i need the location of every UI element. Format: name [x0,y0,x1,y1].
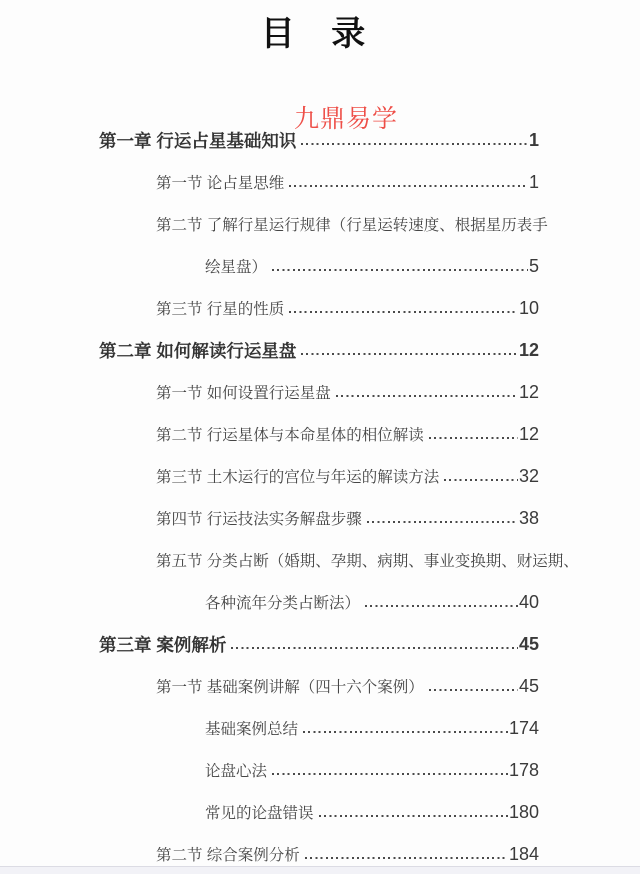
watermark-text: 九鼎易学 [294,99,398,135]
dotted-leader [303,731,508,733]
toc-entry-label: 各种流年分类占断法） [205,591,360,613]
toc-entry-page: 12 [519,340,539,361]
page-title: 目 录 [0,6,640,55]
toc-entry-label: 第二节 综合案例分析 [156,843,300,865]
toc-entry-label: 第三节 行星的性质 [156,297,284,319]
toc-entry: 第一节 基础案例讲解（四十六个案例） 45 [156,665,539,707]
toc-list: 第一章 行运占星基础知识 1 第一节 论占星思维 1 第二节 了解行星运行规律（… [99,119,539,875]
toc-entry-label: 第一章 行运占星基础知识 [99,128,296,153]
toc-entry: 第二节 行运星体与本命星体的相位解读 12 [156,413,539,455]
toc-entry-page: 10 [519,298,539,319]
page-separator [0,866,640,874]
toc-entry-page: 5 [529,256,539,277]
toc-entry-label: 第二章 如何解读行运星盘 [99,338,296,363]
toc-page: 目 录 九鼎易学 第一章 行运占星基础知识 1 第一节 论占星思维 1 第二节 … [0,0,640,874]
toc-entry-page: 178 [509,760,539,781]
toc-entry-page: 174 [509,718,539,739]
dotted-leader [301,143,528,145]
toc-entry: 第二章 如何解读行运星盘 12 [99,329,539,371]
dotted-leader [444,479,518,481]
toc-entry-page: 38 [519,508,539,529]
toc-entry: 第三节 行星的性质 10 [156,287,539,329]
toc-entry: 论盘心法 178 [205,749,539,791]
dotted-leader [365,605,518,607]
dotted-leader [272,269,528,271]
toc-entry-page: 1 [529,130,539,151]
toc-entry-label: 第一节 论占星思维 [156,171,284,193]
toc-entry-label: 第五节 分类占断（婚期、孕期、病期、事业变换期、财运期、 [156,549,579,571]
dotted-leader [429,437,518,439]
toc-entry-label: 绘星盘） [205,255,267,277]
toc-entry-page: 1 [529,172,539,193]
toc-entry: 第一节 如何设置行运星盘 12 [156,371,539,413]
toc-entry-page: 180 [509,802,539,823]
toc-entry: 基础案例总结 174 [205,707,539,749]
toc-entry-label: 第一节 基础案例讲解（四十六个案例） [156,675,424,697]
toc-entry: 常见的论盘错误 180 [205,791,539,833]
dotted-leader [301,353,518,355]
toc-entry-page: 32 [519,466,539,487]
toc-entry: 第二节 了解行星运行规律（行星运转速度、根据星历表手 [156,203,539,245]
dotted-leader [429,689,518,691]
toc-entry-page: 184 [509,844,539,865]
dotted-leader [305,857,508,859]
dotted-leader [272,773,508,775]
toc-entry-label: 第三节 土木运行的宫位与年运的解读方法 [156,465,439,487]
dotted-leader [289,311,518,313]
toc-entry: 第一节 论占星思维 1 [156,161,539,203]
toc-entry: 第四节 行运技法实务解盘步骤 38 [156,497,539,539]
toc-entry-page: 12 [519,382,539,403]
toc-entry-label: 基础案例总结 [205,717,298,739]
dotted-leader [319,815,508,817]
toc-entry-label: 第二节 了解行星运行规律（行星运转速度、根据星历表手 [156,213,548,235]
toc-entry-label: 论盘心法 [205,759,267,781]
toc-entry-page: 45 [519,634,539,655]
toc-entry: 各种流年分类占断法） 40 [205,581,539,623]
toc-entry: 第三节 土木运行的宫位与年运的解读方法 32 [156,455,539,497]
toc-entry-label: 第二节 行运星体与本命星体的相位解读 [156,423,424,445]
toc-entry-page: 12 [519,424,539,445]
document-viewport: 目 录 九鼎易学 第一章 行运占星基础知识 1 第一节 论占星思维 1 第二节 … [0,0,640,882]
toc-entry: 第三章 案例解析 45 [99,623,539,665]
dotted-leader [289,185,528,187]
toc-entry: 第五节 分类占断（婚期、孕期、病期、事业变换期、财运期、 [156,539,539,581]
toc-entry-label: 第三章 案例解析 [99,632,226,657]
toc-entry-label: 常见的论盘错误 [205,801,314,823]
dotted-leader [367,521,518,523]
dotted-leader [336,395,518,397]
toc-entry-label: 第一节 如何设置行运星盘 [156,381,331,403]
dotted-leader [231,647,518,649]
toc-entry: 绘星盘） 5 [205,245,539,287]
toc-entry-page: 40 [519,592,539,613]
toc-entry-label: 第四节 行运技法实务解盘步骤 [156,507,362,529]
toc-entry-page: 45 [519,676,539,697]
